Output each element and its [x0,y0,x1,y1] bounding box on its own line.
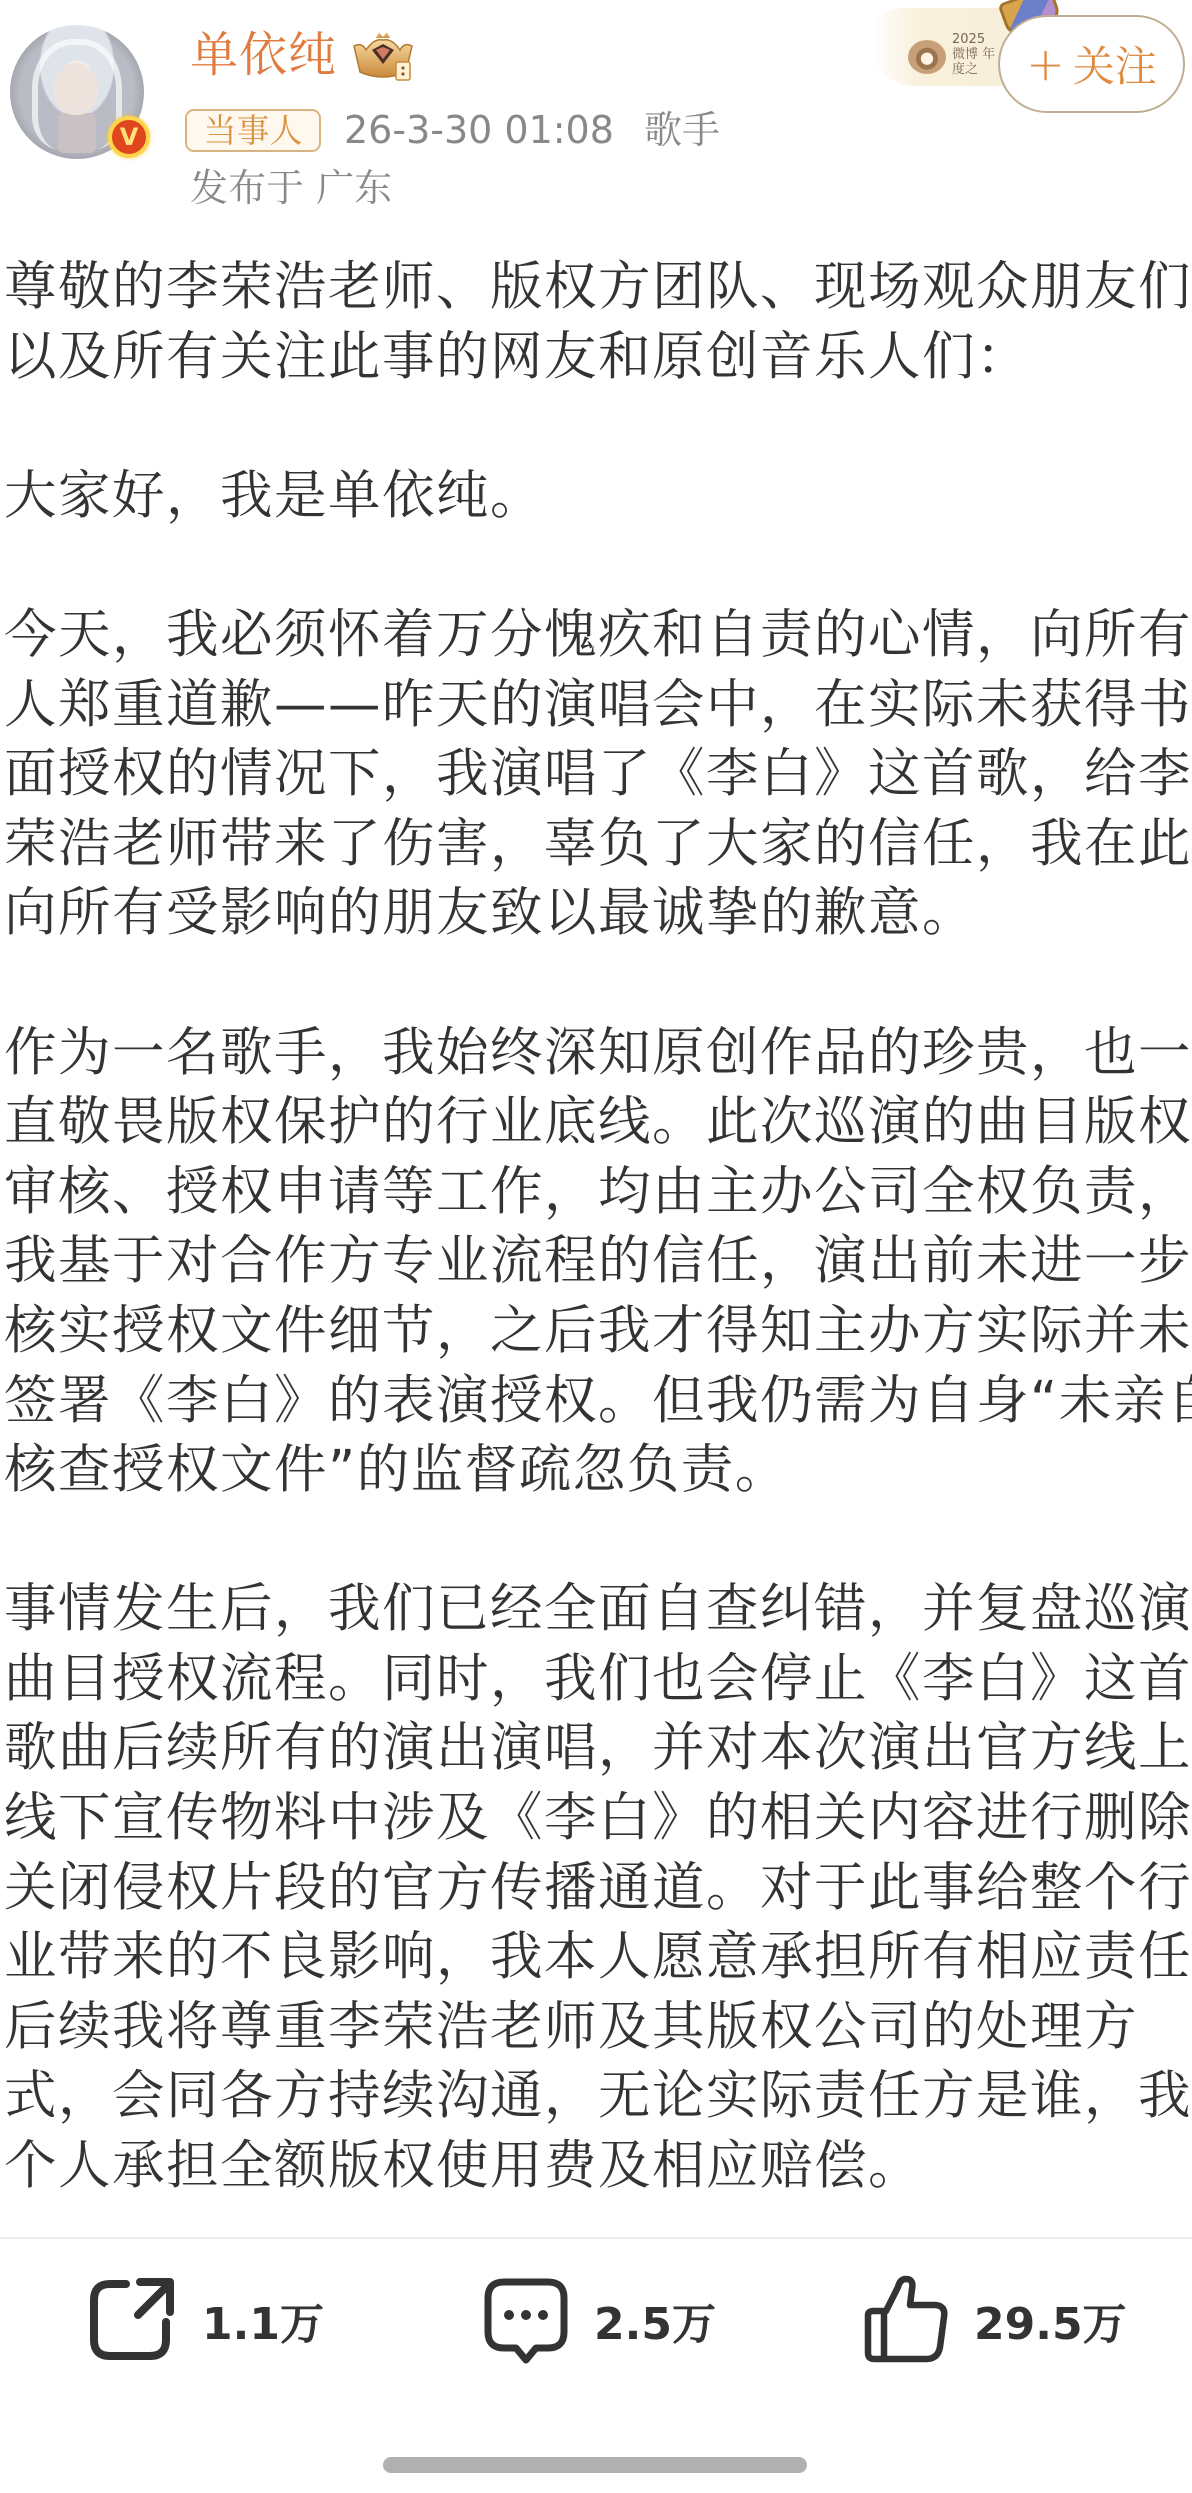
plus-icon: + [1026,37,1065,91]
comment-count: 2.5万 [594,2288,716,2352]
text-line: 签署《李白》的表演授权。但我仍需为自身“未亲自 [4,1366,1190,1436]
text-line: 审核、授权申请等工作，均由主办公司全权负责， [4,1157,1190,1227]
text-line: 大家好，我是单依纯。 [4,461,1190,531]
text-line: 我基于对合作方专业流程的信任，演出前未进一步 [4,1226,1190,1296]
text-line: 以及所有关注此事的网友和原创音乐人们： [4,322,1190,392]
paragraph-remedy: 事情发生后，我们已经全面自查纠错，并复盘巡演 曲目授权流程。同时，我们也会停止《… [4,1574,1190,2200]
like-button[interactable]: 29.5万 [860,2274,1127,2366]
paragraph-greeting: 大家好，我是单依纯。 [4,461,1190,531]
text-line: 个人承担全额版权使用费及相应赔偿。 [4,2131,1190,2201]
home-indicator[interactable] [383,2457,807,2473]
text-line: 荣浩老师带来了伤害，辜负了大家的信任，我在此 [4,809,1190,879]
comment-icon [482,2276,570,2364]
text-line: 核查授权文件”的监督疏忽负责。 [4,1435,1190,1505]
paragraph-gap [4,948,1190,1018]
text-line: 核实授权文件细节，之后我才得知主办方实际并未 [4,1296,1190,1366]
post-body: 尊敬的李荣浩老师、版权方团队、现场观众朋友们， 以及所有关注此事的网友和原创音乐… [4,252,1190,2201]
crown-badge-icon[interactable] [350,32,416,82]
text-line: 关闭侵权片段的官方传播通道。对于此事给整个行 [4,1853,1190,1923]
text-line: 式，会同各方持续沟通，无论实际责任方是谁，我 [4,2061,1190,2131]
user-name[interactable]: 单依纯 [190,26,337,84]
post-location: 发布于 广东 [190,164,392,212]
comment-button[interactable]: 2.5万 [482,2274,716,2366]
text-line: 人郑重道歉——昨天的演唱会中，在实际未获得书 [4,670,1190,740]
avatar-face-shape [54,63,98,115]
tag-badge-party-involved: 当事人 [185,109,321,152]
text-line: 后续我将尊重李荣浩老师及其版权公司的处理方 [4,1992,1190,2062]
banner-text: 2025 微博 年度之 [952,32,1000,77]
paragraph-apology: 今天，我必须怀着万分愧疚和自责的心情，向所有 人郑重道歉——昨天的演唱会中，在实… [4,600,1190,948]
paragraph-gap [4,530,1190,600]
avatar-neck-shape [58,113,96,153]
action-bar-divider [0,2237,1192,2239]
text-line: 直敬畏版权保护的行业底线。此次巡演的曲目版权 [4,1087,1190,1157]
user-title: 歌手 [644,106,720,154]
paragraph-explanation: 作为一名歌手，我始终深知原创作品的珍贵，也一 直敬畏版权保护的行业底线。此次巡演… [4,1018,1190,1505]
paragraph-salutation: 尊敬的李荣浩老师、版权方团队、现场观众朋友们， 以及所有关注此事的网友和原创音乐… [4,252,1190,391]
text-line: 向所有受影响的朋友致以最诚挚的歉意。 [4,878,1190,948]
text-line: 曲目授权流程。同时，我们也会停止《李白》这首 [4,1644,1190,1714]
share-icon [88,2278,178,2362]
verified-v-badge-icon: V [108,116,150,158]
weibo-post-page: V 单依纯 当事人 26-3-30 01:08 歌手 发布于 广东 2025 微… [0,0,1192,2493]
text-line: 歌曲后续所有的演出演唱，并对本次演出官方线上 [4,1713,1190,1783]
paragraph-gap [4,391,1190,461]
text-line: 事情发生后，我们已经全面自查纠错，并复盘巡演 [4,1574,1190,1644]
text-line: 业带来的不良影响，我本人愿意承担所有相应责任。 [4,1922,1190,1992]
thumbs-up-icon [860,2275,950,2365]
like-count: 29.5万 [974,2288,1127,2352]
text-line: 线下宣传物料中涉及《李白》的相关内容进行删除， [4,1783,1190,1853]
share-button[interactable]: 1.1万 [88,2274,324,2366]
share-count: 1.1万 [202,2288,324,2352]
paragraph-gap [4,1505,1190,1575]
text-line: 尊敬的李荣浩老师、版权方团队、现场观众朋友们， [4,252,1190,322]
follow-label: 关注 [1073,34,1157,94]
weibo-logo-icon [908,40,946,74]
text-line: 作为一名歌手，我始终深知原创作品的珍贵，也一 [4,1018,1190,1088]
text-line: 面授权的情况下，我演唱了《李白》这首歌，给李 [4,739,1190,809]
post-timestamp: 26-3-30 01:08 [344,106,614,154]
text-line: 今天，我必须怀着万分愧疚和自责的心情，向所有 [4,600,1190,670]
follow-button[interactable]: + 关注 [998,15,1185,113]
